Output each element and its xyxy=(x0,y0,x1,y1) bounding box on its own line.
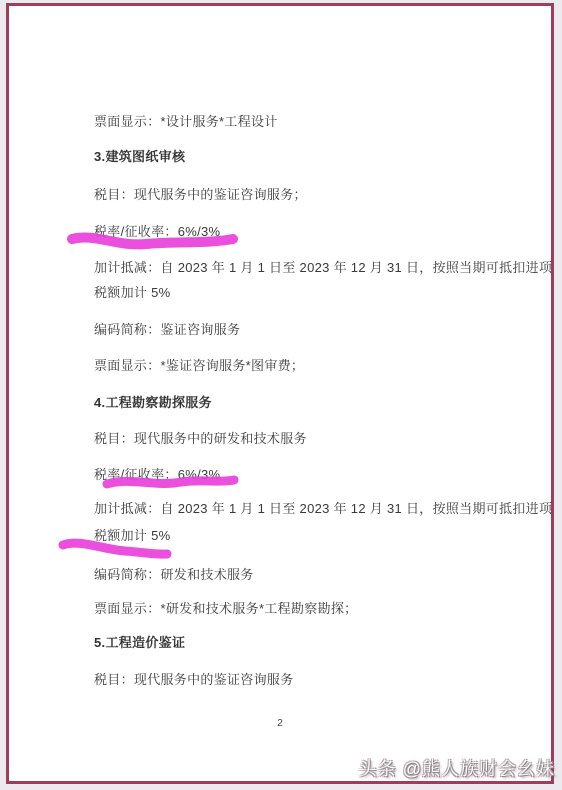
doc-line-tax-item: 税目：现代服务中的鉴证咨询服务； xyxy=(94,186,307,203)
doc-line-deduction-1: 加计抵减：自 2023 年 1 月 1 日至 2023 年 12 月 31 日，… xyxy=(94,259,552,276)
doc-line-ticket-display: 票面显示：*鉴证咨询服务*图审费； xyxy=(94,357,304,374)
doc-line-deduction-2: 税额加计 5% xyxy=(94,527,171,544)
doc-line-tax-rate: 税率/征收率：6%/3% xyxy=(94,466,220,483)
doc-line-ticket-display: 票面显示：*研发和技术服务*工程勘察勘探； xyxy=(94,600,357,617)
doc-line-tax-item: 税目：现代服务中的鉴证咨询服务 xyxy=(94,671,294,688)
doc-line-ticket-display: 票面显示：*设计服务*工程设计 xyxy=(94,113,278,130)
doc-line-tax-item: 税目：现代服务中的研发和技术服务 xyxy=(94,430,307,447)
doc-line-code-name: 编码简称：研发和技术服务 xyxy=(94,566,254,583)
section-heading-4: 4.工程勘察勘探服务 xyxy=(94,394,212,411)
page-number: 2 xyxy=(9,718,551,729)
page-border: 票面显示：*设计服务*工程设计 3.建筑图纸审核 税目：现代服务中的鉴证咨询服务… xyxy=(6,3,554,784)
section-heading-5: 5.工程造价鉴证 xyxy=(94,634,185,651)
section-heading-3: 3.建筑图纸审核 xyxy=(94,148,185,165)
doc-line-deduction-2: 税额加计 5% xyxy=(94,284,171,301)
doc-line-deduction-1: 加计抵减：自 2023 年 1 月 1 日至 2023 年 12 月 31 日，… xyxy=(94,500,552,517)
doc-line-code-name: 编码简称：鉴证咨询服务 xyxy=(94,321,240,338)
doc-line-tax-rate: 税率/征收率：6%/3% xyxy=(94,223,220,240)
watermark-toutiao: 头条 @熊人族财会幺妹 xyxy=(359,755,555,781)
document-screenshot: 票面显示：*设计服务*工程设计 3.建筑图纸审核 税目：现代服务中的鉴证咨询服务… xyxy=(0,0,562,790)
